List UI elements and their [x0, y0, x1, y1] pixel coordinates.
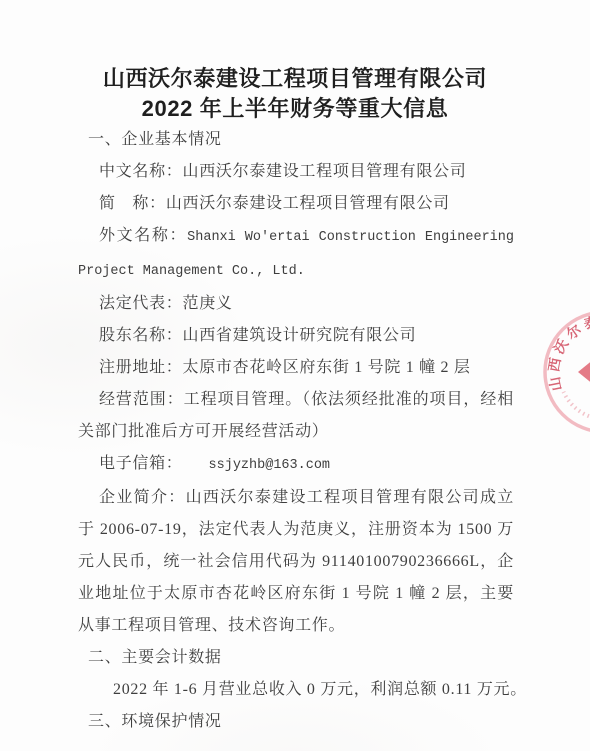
section-heading-accounting-data: 二、主要会计数据	[78, 642, 514, 674]
section-heading-basic-info: 一、企业基本情况	[78, 124, 514, 156]
accounting-paragraph: 2022 年 1-6 月营业总收入 0 万元，利润总额 0.11 万元。	[78, 674, 514, 706]
field-value: 山西沃尔泰建设工程项目管理有限公司	[166, 195, 450, 212]
field-value: 山西省建筑设计研究院有限公司	[183, 327, 417, 344]
field-label: 法定代表：	[99, 295, 183, 312]
field-value-email: ssjyzhb@163.com	[209, 458, 331, 473]
field-value: 太原市杏花岭区府东街 1 号院 1 幢 2 层	[183, 359, 471, 376]
field-label: 经营范围：	[99, 391, 184, 408]
field-english-name: 外文名称：Shanxi Wo'ertai Construction Engine…	[78, 220, 514, 288]
field-value: 范庚义	[183, 295, 233, 312]
field-short-name: 简 称：山西沃尔泰建设工程项目管理有限公司	[78, 188, 514, 220]
title-line-2: 2022 年上半年财务等重大信息	[0, 94, 590, 124]
field-value: 山西沃尔泰建设工程项目管理有限公司	[183, 163, 467, 180]
field-shareholder: 股东名称：山西省建筑设计研究院有限公司	[78, 320, 514, 352]
title-line-1: 山西沃尔泰建设工程项目管理有限公司	[0, 64, 590, 94]
seal-star-icon	[578, 359, 590, 385]
document-page: 山西沃尔泰建设工程项目管理有限公司 2022 年上半年财务等重大信息 一、企业基…	[0, 0, 590, 751]
seal-arc-text: 山西沃尔泰	[545, 313, 590, 393]
field-legal-representative: 法定代表：范庚义	[78, 288, 514, 320]
seal-code-marks	[564, 392, 589, 416]
field-label: 外文名称：	[99, 227, 187, 244]
field-registered-address: 注册地址：太原市杏花岭区府东街 1 号院 1 幢 2 层	[78, 352, 514, 384]
field-label: 简 称：	[99, 195, 166, 212]
field-value: 山西沃尔泰建设工程项目管理有限公司成立于 2006-07-19，法定代表人为范庚…	[78, 489, 514, 634]
field-email: 电子信箱：ssjyzhb@163.com	[78, 448, 514, 482]
seal-ring	[545, 312, 590, 432]
document-title: 山西沃尔泰建设工程项目管理有限公司 2022 年上半年财务等重大信息	[0, 0, 590, 124]
field-chinese-name: 中文名称：山西沃尔泰建设工程项目管理有限公司	[78, 156, 514, 188]
field-label: 股东名称：	[99, 327, 183, 344]
field-label: 企业简介：	[99, 489, 186, 506]
field-business-scope: 经营范围：工程项目管理。（依法须经批准的项目，经相关部门批准后方可开展经营活动）	[78, 384, 514, 448]
field-company-profile: 企业简介：山西沃尔泰建设工程项目管理有限公司成立于 2006-07-19，法定代…	[78, 482, 514, 642]
document-body: 一、企业基本情况 中文名称：山西沃尔泰建设工程项目管理有限公司 简 称：山西沃尔…	[78, 124, 514, 738]
field-label: 中文名称：	[99, 163, 183, 180]
field-label: 电子信箱：	[99, 455, 183, 472]
field-label: 注册地址：	[99, 359, 183, 376]
section-heading-environment: 三、环境保护情况	[78, 706, 514, 738]
